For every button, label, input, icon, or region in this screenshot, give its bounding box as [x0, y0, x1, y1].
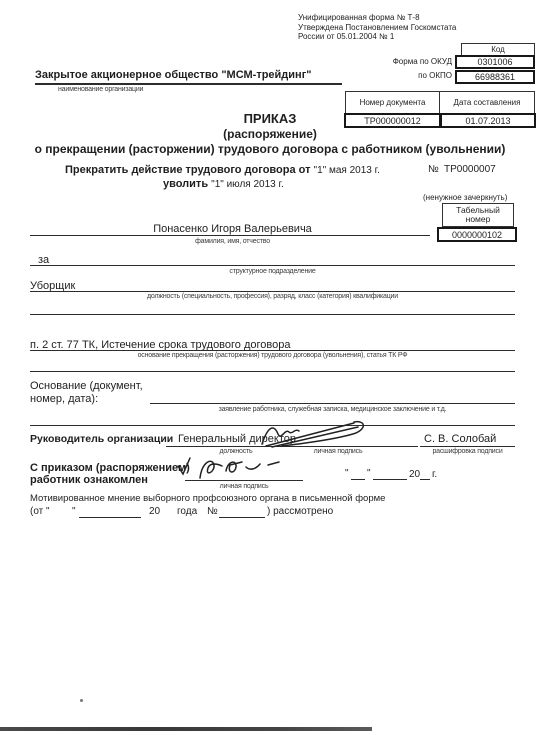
- strike-note: (ненужное зачеркнуть): [423, 193, 507, 203]
- basis-label-1: Основание (документ,: [30, 380, 143, 392]
- organization-caption: наименование организации: [58, 86, 143, 94]
- ack-date-year-line: [420, 479, 430, 480]
- terminate-date: "1" мая 2013 г.: [314, 165, 380, 176]
- organization-name: Закрытое акционерное общество "МСМ-трейд…: [35, 69, 312, 81]
- okpo-value: 66988361: [455, 70, 535, 84]
- form-ref-line-2: Утверждена Постановлением Госкомстата: [298, 23, 456, 33]
- personnel-number-label: Табельный номер: [442, 203, 514, 227]
- scan-speck: [80, 699, 83, 702]
- okud-label: Форма по ОКУД: [330, 57, 452, 67]
- position-underline: [30, 291, 515, 292]
- union-number-sign: №: [207, 506, 218, 517]
- scan-edge-bar: [0, 727, 372, 731]
- head-name-caption: расшифровка подписи: [420, 448, 515, 456]
- head-name: С. В. Солобай: [424, 433, 496, 445]
- head-label: Руководитель организации: [30, 433, 173, 445]
- employee-name-underline: [30, 235, 430, 236]
- document-page: Унифицированная форма № Т-8 Утверждена П…: [0, 0, 539, 735]
- title-rasporyazhenie: (распоряжение): [35, 127, 505, 141]
- blank-line-2: [30, 371, 515, 372]
- terminate-label: Прекратить действие трудового договора о…: [65, 164, 310, 176]
- department-underline: [30, 265, 515, 266]
- title-prikaz: ПРИКАЗ: [35, 111, 505, 126]
- union-date-line: [79, 517, 141, 518]
- employee-signature: [176, 454, 291, 484]
- okpo-label: по ОКПО: [330, 71, 452, 81]
- ack-date-year-suffix: г.: [432, 469, 437, 480]
- ack-date-year-prefix: 20: [409, 469, 420, 480]
- union-end-label: ) рассмотрено: [267, 506, 333, 517]
- director-signature: [258, 416, 370, 450]
- union-number-line: [219, 517, 265, 518]
- basis-underline: [150, 403, 515, 404]
- dismiss-line: уволить "1" июля 2013 г.: [163, 178, 284, 190]
- dismiss-date: "1" июля 2013 г.: [211, 179, 284, 190]
- form-reference: Унифицированная форма № Т-8 Утверждена П…: [298, 13, 456, 42]
- union-from-label: (от ": [30, 506, 50, 517]
- ack-label-2: работник ознакомлен: [30, 474, 148, 486]
- form-ref-line-3: России от 05.01.2004 № 1: [298, 32, 456, 42]
- blank-line-1: [30, 314, 515, 315]
- union-line-1: Мотивированное мнение выборного профсоюз…: [30, 493, 385, 504]
- ack-date-day-line: [351, 479, 365, 480]
- personnel-number-value: 0000000102: [437, 227, 517, 242]
- employee-name-caption: фамилия, имя, отчество: [35, 238, 430, 246]
- ack-date-month-line: [373, 479, 407, 480]
- title-subject: о прекращении (расторжении) трудового до…: [20, 142, 520, 156]
- position-caption: должность (специальность, профессия), ра…: [30, 293, 515, 301]
- department-caption: структурное подразделение: [30, 268, 515, 276]
- employee-name: Понасенко Игоря Валерьевича: [35, 223, 430, 235]
- dismiss-label: уволить: [163, 178, 208, 190]
- ack-date-quote-close: ": [367, 468, 371, 479]
- reason-caption: основание прекращения (расторжения) труд…: [30, 352, 515, 360]
- head-name-underline: [420, 446, 515, 447]
- organization-underline: [35, 83, 342, 85]
- union-year-word: года: [177, 506, 197, 517]
- basis-caption: заявление работника, служебная записка, …: [150, 406, 515, 414]
- reason-underline: [30, 350, 515, 351]
- ack-date-quote-open: ": [345, 468, 349, 479]
- union-quote-close: ": [72, 506, 76, 517]
- order-number-value: ТР0000007: [444, 164, 496, 175]
- form-ref-line-1: Унифицированная форма № Т-8: [298, 13, 456, 23]
- terminate-line: Прекратить действие трудового договора о…: [65, 164, 380, 176]
- ack-sign-caption: личная подпись: [185, 483, 303, 491]
- basis-label-2: номер, дата):: [30, 393, 98, 405]
- order-number-label: №: [428, 164, 439, 175]
- union-year-prefix: 20: [149, 506, 160, 517]
- okud-value: 0301006: [455, 55, 535, 69]
- ack-label-1: С приказом (распоряжением): [30, 462, 190, 474]
